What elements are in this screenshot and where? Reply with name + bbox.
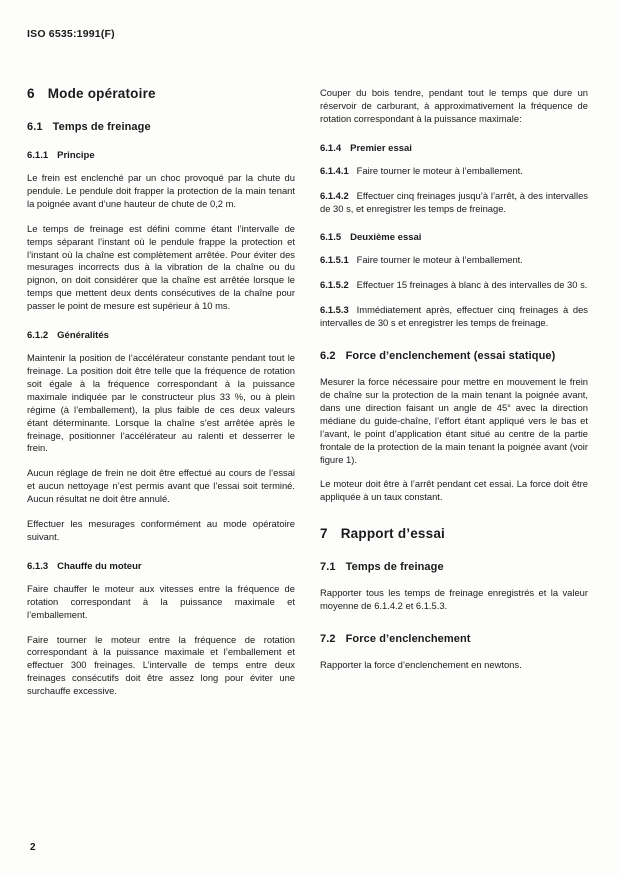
numbered-paragraph: 6.1.5.2Effectuer 15 freinages à blanc à …	[320, 279, 588, 292]
clause-number: 6.1.4.1	[320, 165, 349, 176]
section-number: 7.1	[320, 561, 336, 573]
section-number: 6.1.2	[27, 330, 48, 341]
section-number: 6	[27, 86, 35, 101]
section-6-1-4-heading: 6.1.4Premier essai	[320, 143, 588, 154]
section-title: Généralités	[57, 330, 109, 341]
numbered-paragraph: 6.1.4.2Effectuer cinq freinages jusqu’à …	[320, 190, 588, 216]
section-6-1-3-heading: 6.1.3Chauffe du moteur	[27, 561, 295, 572]
document-page: ISO 6535:1991(F) 6Mode opératoire 6.1Tem…	[0, 0, 619, 876]
section-number: 7	[320, 526, 328, 541]
clause-text: Effectuer cinq freinages jusqu’à l’arrêt…	[320, 190, 588, 214]
clause-text: Immédiatement après, effectuer cinq frei…	[320, 304, 588, 328]
section-title: Force d’enclenchement (essai statique)	[346, 350, 556, 362]
section-number: 6.1.4	[320, 143, 341, 154]
clause-number: 6.1.5.2	[320, 279, 349, 290]
section-7-2-heading: 7.2Force d’enclenchement	[320, 633, 588, 645]
left-column: 6Mode opératoire 6.1Temps de freinage 6.…	[27, 86, 295, 710]
paragraph: Rapporter la force d’enclenchement en ne…	[320, 659, 588, 672]
section-number: 6.1.5	[320, 232, 341, 243]
section-number: 6.1.1	[27, 150, 48, 161]
section-number: 7.2	[320, 633, 336, 645]
paragraph: Le frein est enclenché par un choc provo…	[27, 172, 295, 211]
section-6-1-2-heading: 6.1.2Généralités	[27, 330, 295, 341]
two-column-body: 6Mode opératoire 6.1Temps de freinage 6.…	[27, 86, 588, 710]
clause-number: 6.1.4.2	[320, 190, 349, 201]
section-title: Principe	[57, 150, 95, 161]
paragraph: Le temps de freinage est défini comme ét…	[27, 223, 295, 313]
clause-text: Faire tourner le moteur à l’emballement.	[357, 165, 523, 176]
clause-number: 6.1.5.3	[320, 304, 349, 315]
section-6-1-heading: 6.1Temps de freinage	[27, 121, 295, 133]
paragraph-continuation: Couper du bois tendre, pendant tout le t…	[320, 87, 588, 126]
clause-text: Faire tourner le moteur à l’emballement.	[357, 254, 523, 265]
section-number: 6.1.3	[27, 561, 48, 572]
section-number: 6.1	[27, 121, 43, 133]
section-title: Chauffe du moteur	[57, 561, 141, 572]
section-6-heading: 6Mode opératoire	[27, 86, 295, 101]
section-6-1-5-heading: 6.1.5Deuxième essai	[320, 232, 588, 243]
section-7-heading: 7Rapport d’essai	[320, 526, 588, 541]
document-reference: ISO 6535:1991(F)	[27, 28, 115, 40]
section-6-2-heading: 6.2Force d’enclenchement (essai statique…	[320, 350, 588, 362]
paragraph: Aucun réglage de frein ne doit être effe…	[27, 467, 295, 506]
numbered-paragraph: 6.1.5.3Immédiatement après, effectuer ci…	[320, 304, 588, 330]
page-number: 2	[30, 842, 36, 853]
section-title: Premier essai	[350, 143, 412, 154]
paragraph: Le moteur doit être à l’arrêt pendant ce…	[320, 478, 588, 504]
section-title: Temps de freinage	[346, 561, 444, 573]
clause-number: 6.1.5.1	[320, 254, 349, 265]
paragraph: Faire chauffer le moteur aux vitesses en…	[27, 583, 295, 622]
right-column: Couper du bois tendre, pendant tout le t…	[320, 86, 588, 710]
section-title: Force d’enclenchement	[346, 633, 471, 645]
section-title: Temps de freinage	[53, 121, 151, 133]
section-7-1-heading: 7.1Temps de freinage	[320, 561, 588, 573]
paragraph: Faire tourner le moteur entre la fréquen…	[27, 634, 295, 699]
paragraph: Rapporter tous les temps de freinage enr…	[320, 587, 588, 613]
numbered-paragraph: 6.1.4.1Faire tourner le moteur à l’embal…	[320, 165, 588, 178]
paragraph: Effectuer les mesurages conformément au …	[27, 518, 295, 544]
paragraph: Mesurer la force nécessaire pour mettre …	[320, 376, 588, 466]
section-title: Mode opératoire	[48, 86, 156, 101]
paragraph: Maintenir la position de l’accélérateur …	[27, 352, 295, 455]
section-title: Rapport d’essai	[341, 526, 445, 541]
section-6-1-1-heading: 6.1.1Principe	[27, 150, 295, 161]
numbered-paragraph: 6.1.5.1Faire tourner le moteur à l’embal…	[320, 254, 588, 267]
section-number: 6.2	[320, 350, 336, 362]
clause-text: Effectuer 15 freinages à blanc à des int…	[357, 279, 588, 290]
section-title: Deuxième essai	[350, 232, 421, 243]
